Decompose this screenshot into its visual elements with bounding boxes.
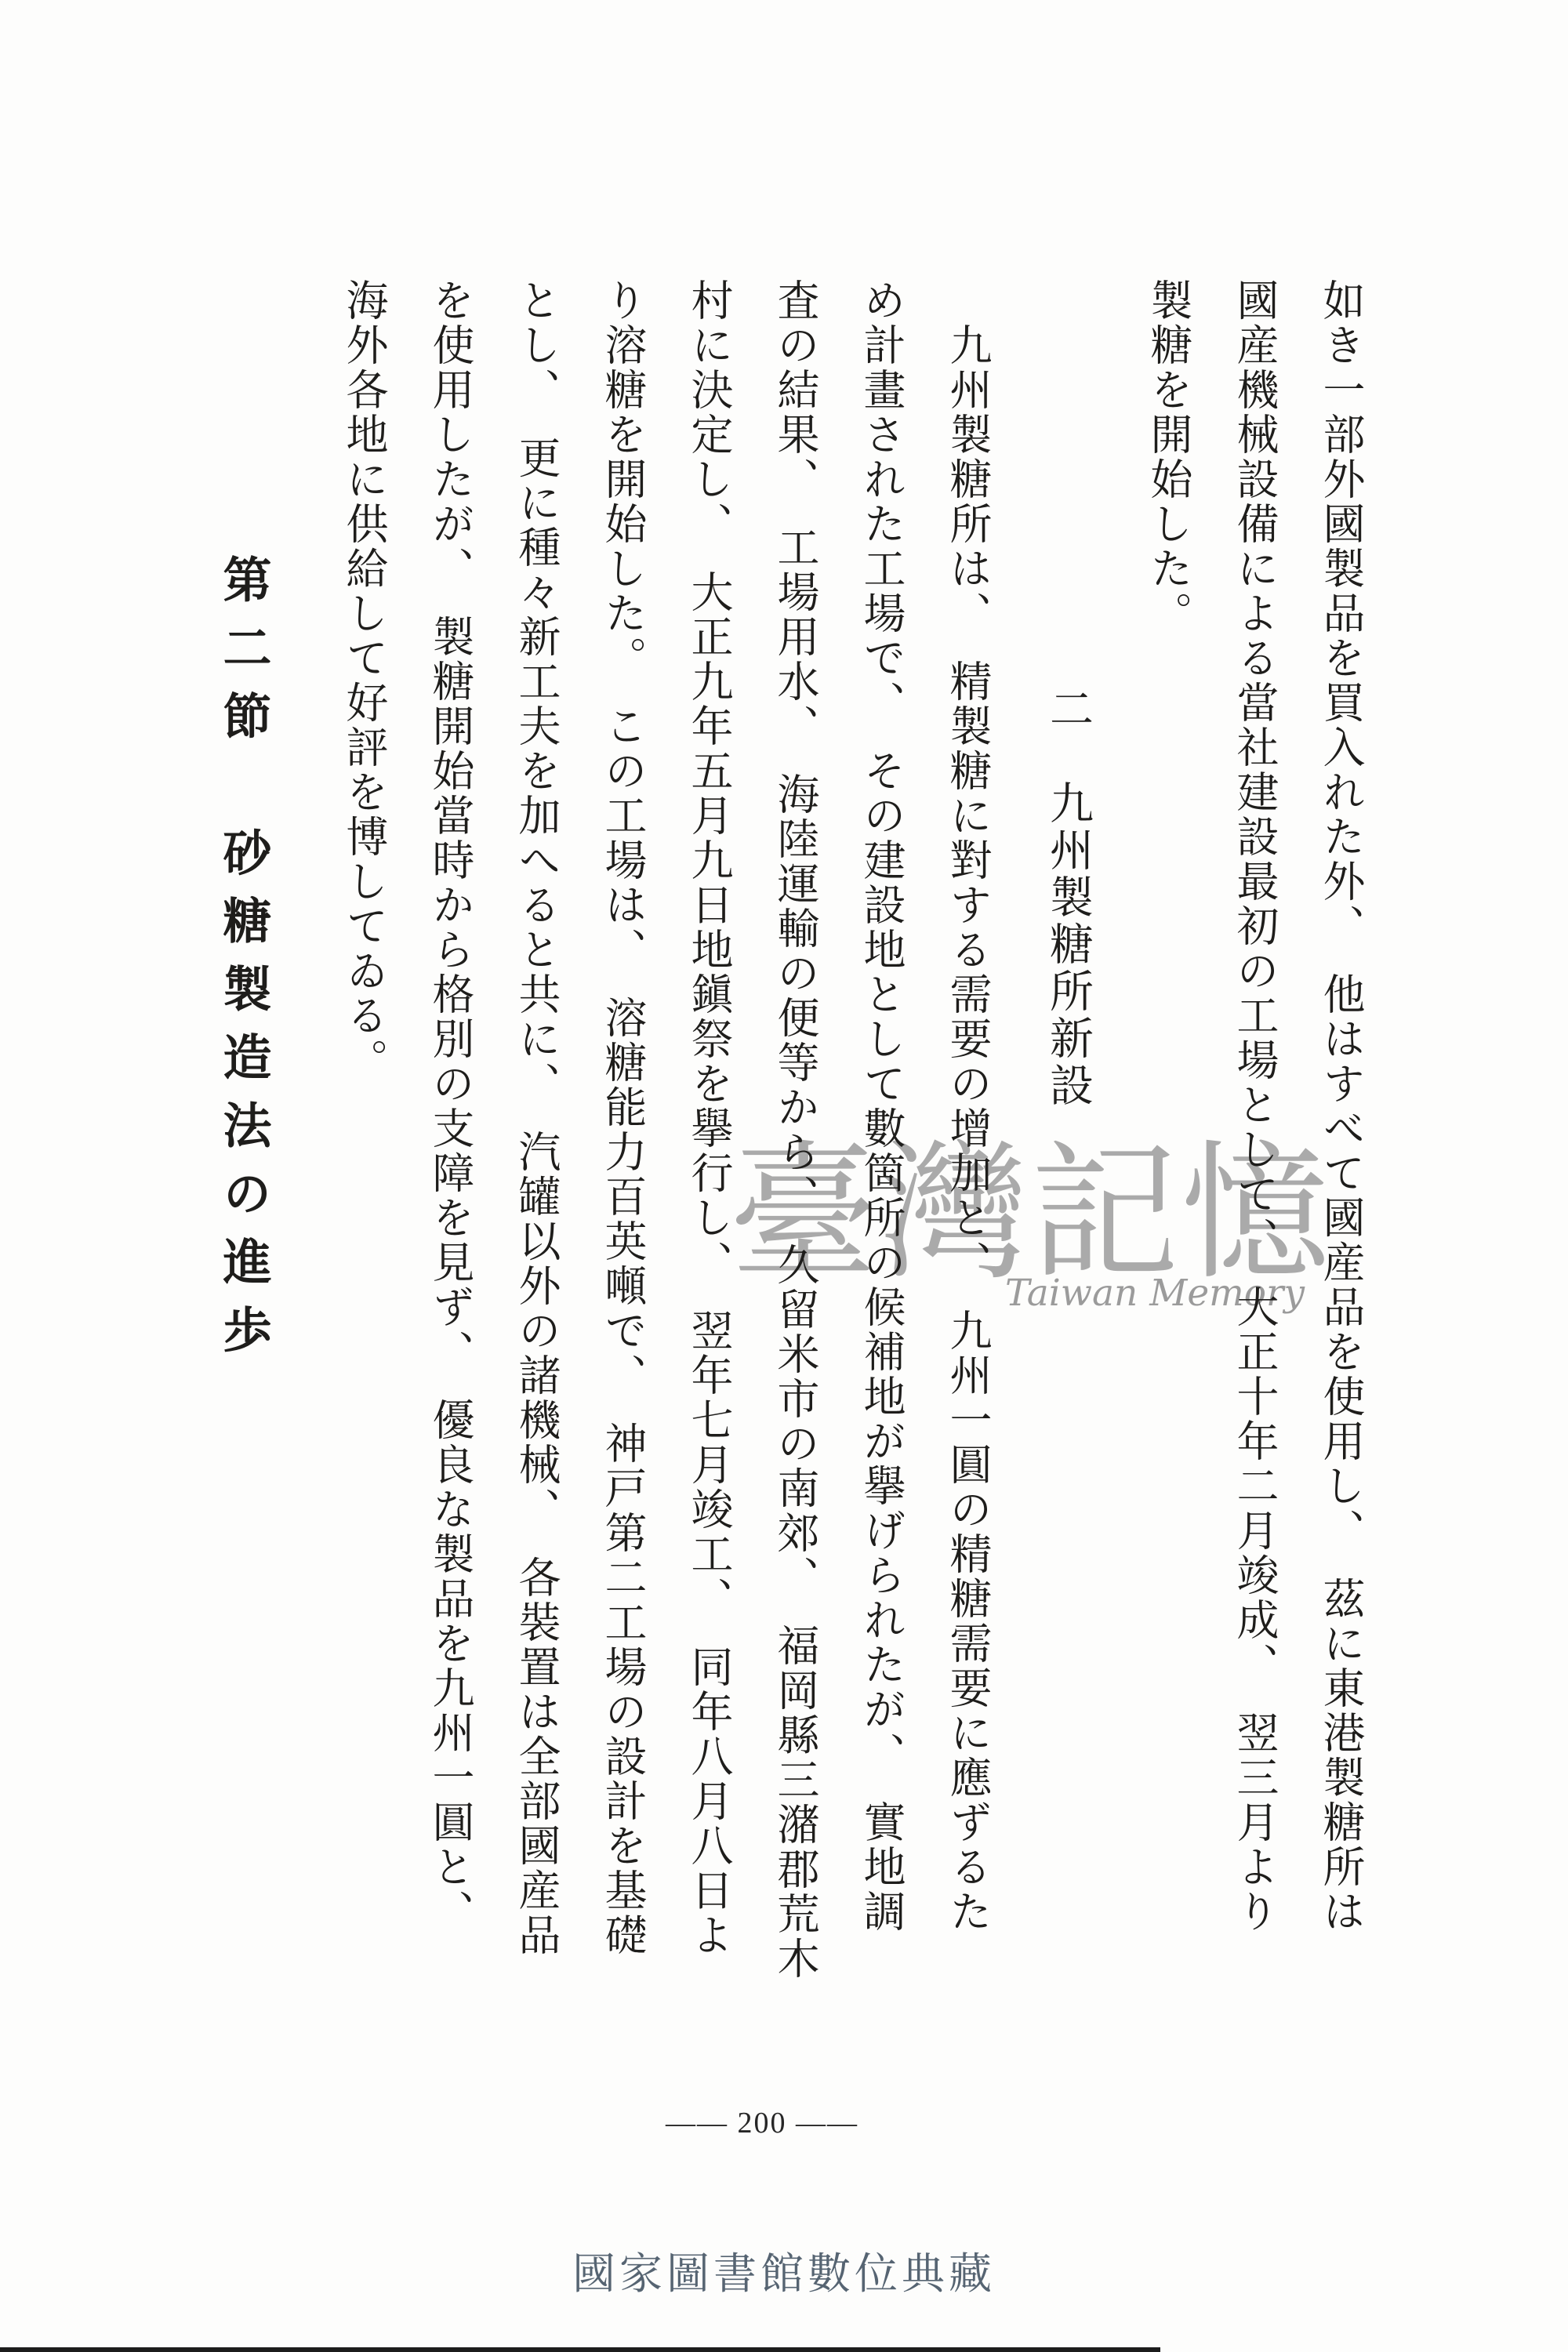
scan-edge-artifact (0, 2347, 1160, 2352)
text-column-5: 九州製糖所は、 精製糖に對する需要の增加と、 九州一圓の精糖需要に應ずるた (924, 278, 1011, 2183)
text-column-3: 製糖を開始した。 (1125, 278, 1211, 2183)
national-library-watermark: 國家圖書館數位典藏 (572, 2239, 996, 2301)
text-column-6: め計畫された工場で、 その建設地として數箇所の候補地が擧げられたが、 實地調 (838, 278, 924, 2183)
chapter-heading: 二 九州製糖所新設 (1025, 278, 1111, 2183)
text-column-10: とし、 更に種々新工夫を加へると共に、 汽罐以外の諸機械、 各裝置は全部國産品 (493, 278, 579, 2183)
section-heading: 第二節 砂糖製造法の進歩 (201, 278, 283, 2183)
scanned-book-page: 臺灣記憶 Taiwan Memory 如き一部外國製品を買入れた外、 他はすべて… (0, 0, 1568, 2352)
text-column-9: り溶糖を開始した。 この工場は、 溶糖能力百英噸で、 神戸第二工場の設計を基礎 (579, 278, 666, 2183)
page-body-text: 如き一部外國製品を買入れた外、 他はすべて國産品を使用し、 茲に東港製糖所は 國… (201, 278, 1384, 2183)
text-column-8: 村に決定し、 大正九年五月九日地鎭祭を擧行し、 翌年七月竣工、 同年八月八日よ (666, 278, 752, 2183)
text-column-1: 如き一部外國製品を買入れた外、 他はすべて國産品を使用し、 茲に東港製糖所は (1298, 278, 1384, 2183)
text-column-12: 海外各地に供給して好評を博してゐる。 (321, 278, 407, 2183)
text-column-7: 査の結果、 工場用水、 海陸運輸の便等から、 久留米市の南郊、 福岡縣三潴郡荒木 (752, 278, 838, 2183)
text-column-2: 國産機械設備による當社建設最初の工場として、 大正十年二月竣成、 翌三月より (1211, 278, 1298, 2183)
page-number: ―― 200 ―― (666, 2106, 858, 2140)
text-column-11: を使用したが、 製糖開始當時から格別の支障を見ず、 優良な製品を九州一圓と、 (407, 278, 493, 2183)
